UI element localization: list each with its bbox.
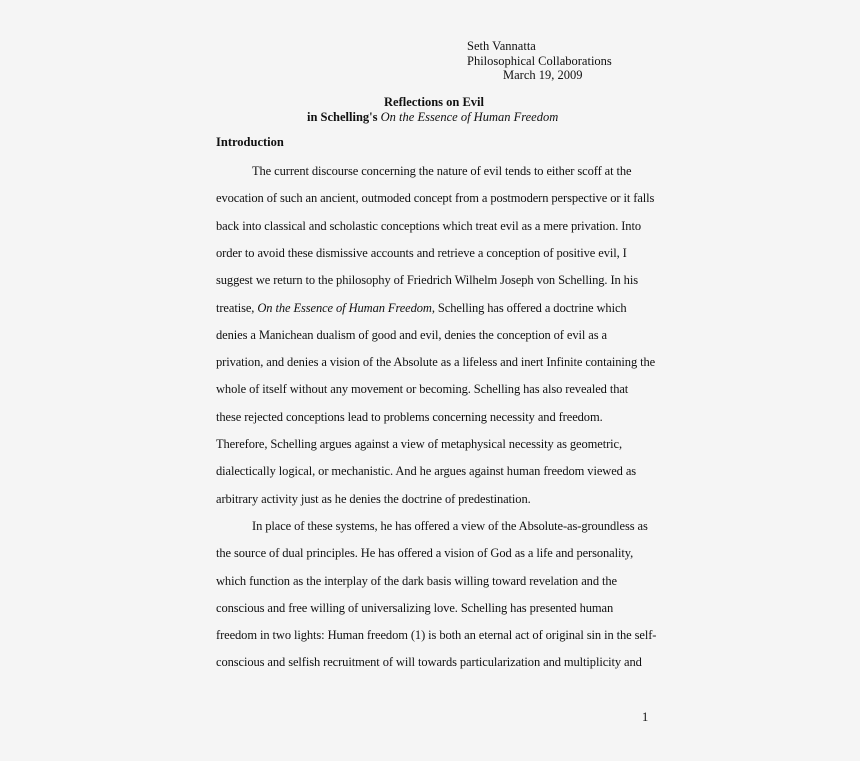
body-line: back into classical and scholastic conce… (216, 219, 641, 234)
section-heading: Introduction (216, 135, 284, 150)
body-line: treatise, On the Essence of Human Freedo… (216, 301, 627, 316)
body-line: order to avoid these dismissive accounts… (216, 246, 627, 261)
title-line-2: in Schelling's On the Essence of Human F… (307, 110, 558, 125)
title-line-1: Reflections on Evil (384, 95, 484, 110)
body-line: conscious and selfish recruitment of wil… (216, 655, 642, 670)
course-name: Philosophical Collaborations (467, 54, 612, 69)
book-title-italic: On the Essence of Human Freedom (257, 301, 432, 315)
page-number: 1 (642, 710, 648, 725)
body-line: Therefore, Schelling argues against a vi… (216, 437, 622, 452)
title-book-italic: On the Essence of Human Freedom (381, 110, 559, 124)
document-page: Seth Vannatta Philosophical Collaboratio… (0, 0, 860, 761)
body-line: these rejected conceptions lead to probl… (216, 410, 603, 425)
author-name: Seth Vannatta (467, 39, 536, 54)
body-line: The current discourse concerning the nat… (252, 164, 631, 179)
document-date: March 19, 2009 (503, 68, 583, 83)
body-line-text: treatise, (216, 301, 257, 315)
body-line: which function as the interplay of the d… (216, 574, 617, 589)
body-line: privation, and denies a vision of the Ab… (216, 355, 655, 370)
body-line: dialectically logical, or mechanistic. A… (216, 464, 636, 479)
body-line: arbitrary activity just as he denies the… (216, 492, 531, 507)
body-line: denies a Manichean dualism of good and e… (216, 328, 607, 343)
body-line: whole of itself without any movement or … (216, 382, 628, 397)
body-line-text: , Schelling has offered a doctrine which (432, 301, 627, 315)
title-prefix: in Schelling's (307, 110, 381, 124)
body-line: evocation of such an ancient, outmoded c… (216, 191, 654, 206)
body-line: In place of these systems, he has offere… (252, 519, 648, 534)
body-line: freedom in two lights: Human freedom (1)… (216, 628, 656, 643)
body-line: the source of dual principles. He has of… (216, 546, 633, 561)
body-line: conscious and free willing of universali… (216, 601, 613, 616)
body-line: suggest we return to the philosophy of F… (216, 273, 638, 288)
